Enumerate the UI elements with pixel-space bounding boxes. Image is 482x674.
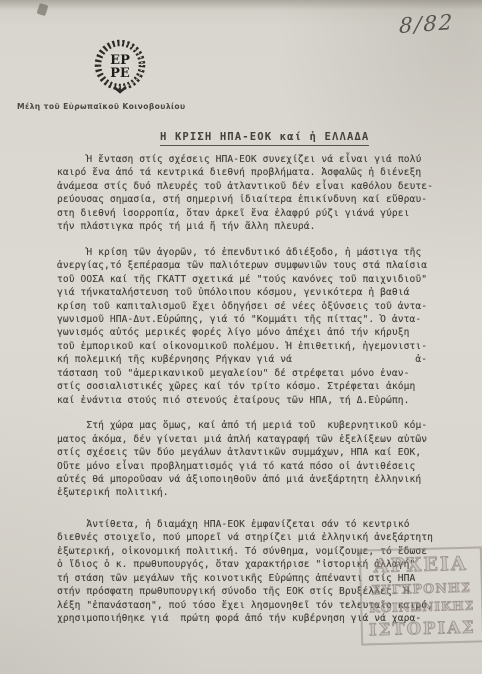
handwritten-page-number: 8/82 [398, 10, 454, 38]
scan-artifact-speck [37, 3, 49, 16]
logo-text-bottom: PE [110, 66, 130, 81]
paragraph-3: Στή χώρα μας ὅμως, καί ἀπό τή μεριά τοῦ … [57, 419, 443, 500]
paragraph-1: Ἡ ἔνταση στίς σχέσεις ΗΠΑ-ΕΟΚ συνεχίζει … [57, 153, 443, 234]
document-body: Ἡ ἔνταση στίς σχέσεις ΗΠΑ-ΕΟΚ συνεχίζει … [57, 153, 443, 638]
document-title: Η ΚΡΙΣΗ ΗΠΑ-ΕΟΚ καί ἡ ΕΛΛΑΔΑ [160, 131, 369, 146]
paragraph-4: Ἀντίθετα, ἡ διαμάχη ΗΠΑ-ΕΟΚ ἐμφανίζεται … [57, 518, 443, 626]
european-parliament-wreath-logo: EP PE [90, 36, 150, 98]
paragraph-2: Ἡ κρίση τῶν ἀγορῶν, τό ἐπενδυτικό ἀδιέξο… [57, 246, 443, 407]
scan-edge-shadow [0, 0, 482, 10]
scanned-document-page: { "page_number_handwritten": "8/82", "le… [0, 0, 482, 674]
letterhead-org-line: Μέλη τοῦ Εὐρωπαϊκοῦ Κοινοβουλίου [17, 102, 186, 111]
